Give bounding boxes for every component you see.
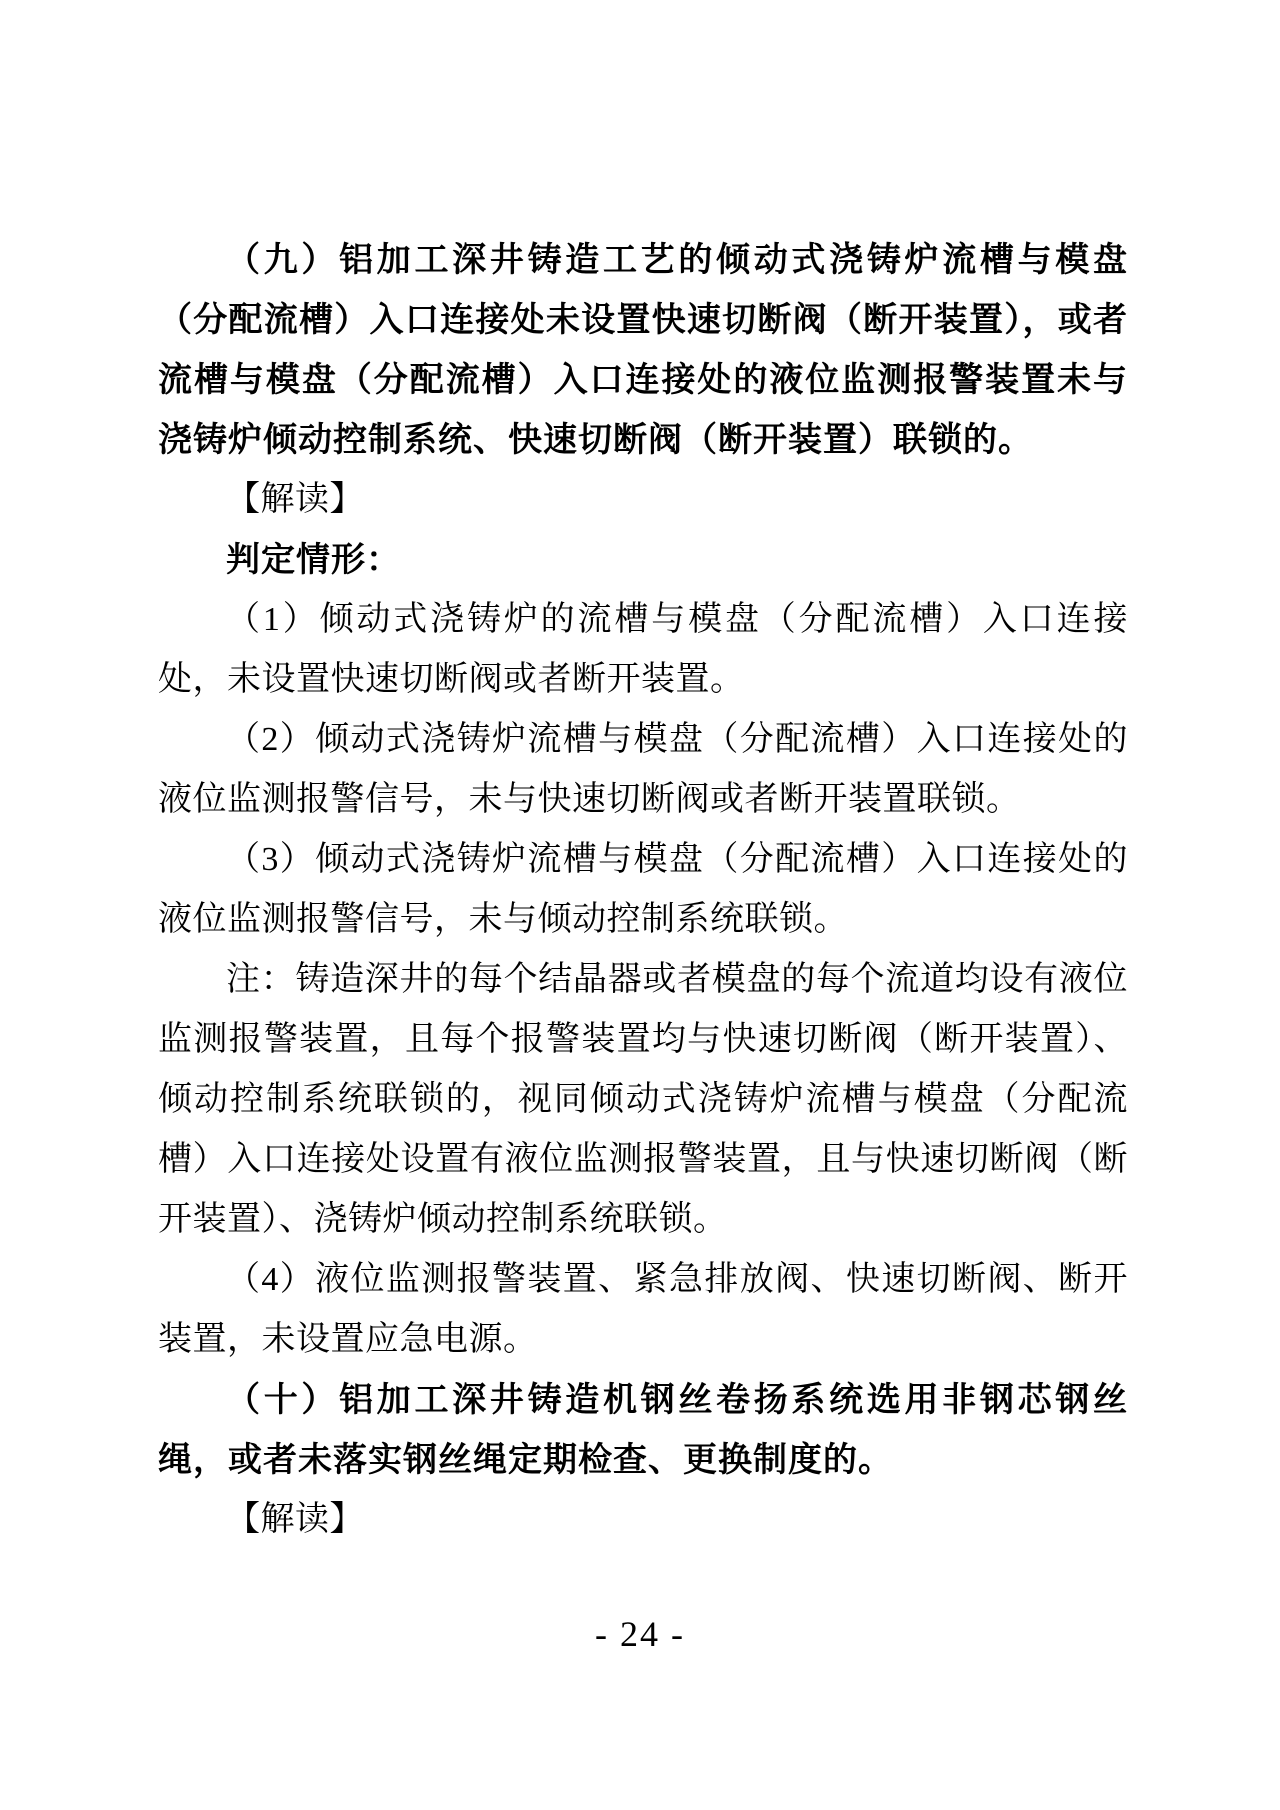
note-paragraph: 注：铸造深井的每个结晶器或者模盘的每个流道均设有液位监测报警装置，且每个报警装置…: [158, 950, 1128, 1250]
document-page: （九）铝加工深井铸造工艺的倾动式浇铸炉流槽与模盘（分配流槽）入口连接处未设置快速…: [0, 0, 1280, 1810]
document-body: （九）铝加工深井铸造工艺的倾动式浇铸炉流槽与模盘（分配流槽）入口连接处未设置快速…: [158, 230, 1128, 1550]
situation-3-paragraph: （3）倾动式浇铸炉流槽与模盘（分配流槽）入口连接处的液位监测报警信号，未与倾动控…: [158, 830, 1128, 950]
page-number: - 24 -: [0, 1612, 1280, 1656]
interpretation-label: 【解读】: [158, 470, 1128, 530]
interpretation-label-2: 【解读】: [158, 1490, 1128, 1550]
situation-2-paragraph: （2）倾动式浇铸炉流槽与模盘（分配流槽）入口连接处的液位监测报警信号，未与快速切…: [158, 710, 1128, 830]
clause-9-heading: （九）铝加工深井铸造工艺的倾动式浇铸炉流槽与模盘（分配流槽）入口连接处未设置快速…: [158, 230, 1128, 470]
clause-10-heading: （十）铝加工深井铸造机钢丝卷扬系统选用非钢芯钢丝绳，或者未落实钢丝绳定期检查、更…: [158, 1370, 1128, 1490]
judgment-situations-heading: 判定情形：: [158, 530, 1128, 590]
situation-4-paragraph: （4）液位监测报警装置、紧急排放阀、快速切断阀、断开装置，未设置应急电源。: [158, 1250, 1128, 1370]
situation-1-paragraph: （1）倾动式浇铸炉的流槽与模盘（分配流槽）入口连接处，未设置快速切断阀或者断开装…: [158, 590, 1128, 710]
